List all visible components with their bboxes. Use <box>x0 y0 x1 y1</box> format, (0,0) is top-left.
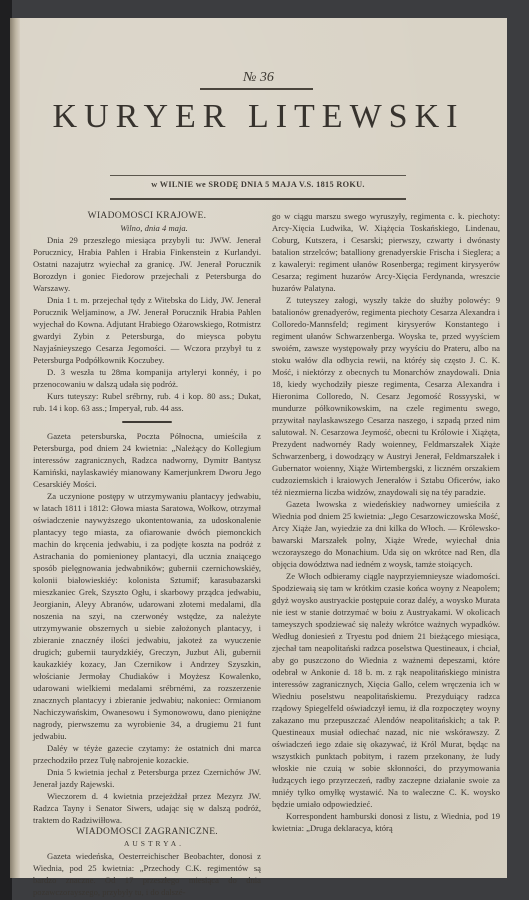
newspaper-title: KURYER LITEWSKI <box>10 98 507 136</box>
article-paragraph: Dnia 5 kwietnia jechał z Petersburga prz… <box>33 766 261 790</box>
article-paragraph: D. 3 weszła tu 28ma kompanija artyleryi … <box>33 366 261 390</box>
right-column: go w ciągu marszu swego wyruszyły, regim… <box>272 210 500 834</box>
article-paragraph: Gazeta petersburska, Poczta Północna, um… <box>33 430 261 490</box>
article-paragraph: Z tuteyszey załogi, wyszły także do służ… <box>272 294 500 498</box>
article-paragraph: Gazeta wiedeńska, Oesterreichischer Beob… <box>33 850 261 898</box>
article-paragraph: go w ciągu marszu swego wyruszyły, regim… <box>272 210 500 294</box>
dateline-wilno: Wilno, dnia 4 maja. <box>33 222 261 234</box>
page-edge <box>10 18 20 878</box>
country-heading: AUSTRYA. <box>33 838 261 850</box>
article-paragraph: Ze Włoch odbieramy ciągle nayprzyiemniey… <box>272 570 500 810</box>
left-column: WIADOMOSCI KRAJOWE. Wilno, dnia 4 maja. … <box>33 210 261 898</box>
newspaper-page: № 36 KURYER LITEWSKI w WILNIE we SRODĘ D… <box>10 18 507 878</box>
article-paragraph: Gazeta lwowska z wiedeńskiey nadworney u… <box>272 498 500 570</box>
article-paragraph: Wieczorem d. 4 kwietnia przejeżdżał prze… <box>33 790 261 826</box>
article-paragraph: Korrespondent hamburski donosi z listu, … <box>272 810 500 834</box>
issue-number: № 36 <box>10 70 507 86</box>
section-divider <box>122 421 172 423</box>
article-paragraph: Daléy w téyże gazecie czytamy: że ostatn… <box>33 742 261 766</box>
dateline: w WILNIE we SRODĘ DNIA 5 MAJA V.S. 1815 … <box>110 180 406 189</box>
article-paragraph: Za uczynione postępy w utrzymywaniu plan… <box>33 490 261 742</box>
article-paragraph: Dnia 29 przeszłego miesiąca przybyli tu:… <box>33 234 261 294</box>
section-heading-domestic: WIADOMOSCI KRAJOWE. <box>33 210 261 222</box>
section-heading-foreign: WIADOMOSCI ZAGRANICZNE. <box>33 826 261 838</box>
article-paragraph: Kurs tuteyszy: Rubel srébrny, rub. 4 i k… <box>33 390 261 414</box>
article-paragraph: Dnia 1 t. m. przejechał tędy z Witebska … <box>33 294 261 366</box>
masthead-rule <box>200 88 313 90</box>
dateline-box: w WILNIE we SRODĘ DNIA 5 MAJA V.S. 1815 … <box>110 175 406 200</box>
